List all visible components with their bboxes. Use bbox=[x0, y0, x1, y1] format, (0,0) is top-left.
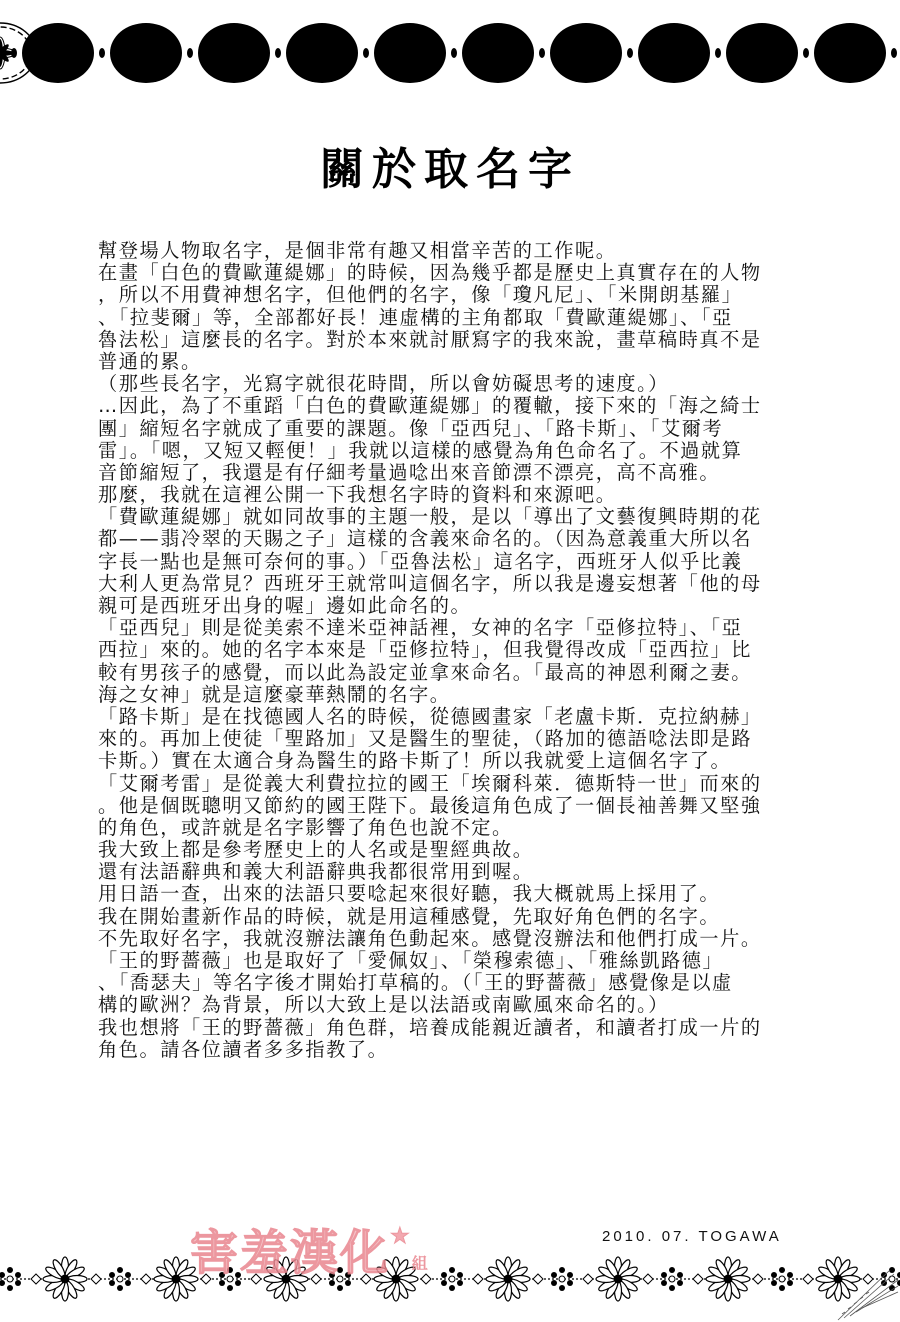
watermark-text: 害羞漢化 bbox=[190, 1225, 390, 1281]
text-line: 「費歐蓮緹娜」就如同故事的主題一般，是以「導出了文藝復興時期的花 bbox=[98, 506, 818, 528]
text-line: 幫登場人物取名字，是個非常有趣又相當辛苦的工作呢。 bbox=[98, 240, 818, 262]
text-line: 雷」。「嗯，又短又輕便！」我就以這樣的感覺為角色命名了。不過就算 bbox=[98, 440, 818, 462]
text-line: 團」縮短名字就成了重要的課題。像「亞西兒」、「路卡斯」、「艾爾考 bbox=[98, 418, 818, 440]
corner-scribble-icon bbox=[830, 1262, 900, 1322]
text-line: 較有男孩子的感覺，而以此為設定並拿來命名。「最高的神恩利爾之妻。 bbox=[98, 662, 818, 684]
text-line: 來的。再加上使徒「聖路加」又是醫生的聖徒，（路加的德語唸法即是路 bbox=[98, 728, 818, 750]
text-line: 、「喬瑟夫」等名字後才開始打草稿的。（「王的野薔薇」感覺像是以虛 bbox=[98, 972, 818, 994]
text-line: 都——翡冷翠的天賜之子」這樣的含義來命名的。（因為意義重大所以名 bbox=[98, 528, 818, 550]
text-line: 那麼，我就在這裡公開一下我想名字時的資料和來源吧。 bbox=[98, 484, 818, 506]
text-line: 用日語一查，出來的法語只要唸起來很好聽，我大概就馬上採用了。 bbox=[98, 883, 818, 905]
text-line: 音節縮短了，我還是有仔細考量過唸出來音節漂不漂亮，高不高雅。 bbox=[98, 462, 818, 484]
bottom-daisy-border-icon bbox=[0, 1254, 900, 1304]
text-line: 我在開始畫新作品的時候，就是用這種感覺，先取好角色們的名字。 bbox=[98, 906, 818, 928]
text-line: 還有法語辭典和義大利語辭典我都很常用到喔。 bbox=[98, 861, 818, 883]
scanlation-watermark: 害羞漢化★組 bbox=[190, 1214, 430, 1283]
text-line: 普通的累。 bbox=[98, 351, 818, 373]
text-line: 「艾爾考雷」是從義大利費拉拉的國王「埃爾科萊．德斯特一世」而來的 bbox=[98, 773, 818, 795]
text-line: 。他是個既聰明又節約的國王陛下。最後這角色成了一個長袖善舞又堅強 bbox=[98, 795, 818, 817]
text-line: 「王的野薔薇」也是取好了「愛佩奴」、「榮穆索德」、「雅絲凱路德」 bbox=[98, 950, 818, 972]
text-line: 字長一點也是無可奈何的事。）「亞魯法松」這名字，西班牙人似乎比義 bbox=[98, 551, 818, 573]
text-line: 構的歐洲？為背景，所以大致上是以法語或南歐風來命名的。） bbox=[98, 994, 818, 1016]
watermark-suffix: 組 bbox=[412, 1254, 430, 1273]
text-line: （那些長名字，光寫字就很花時間，所以會妨礙思考的速度。） bbox=[98, 373, 818, 395]
text-line: …因此，為了不重蹈「白色的費歐蓮緹娜」的覆轍，接下來的「海之綺士 bbox=[98, 395, 818, 417]
text-line: 西拉」來的。她的名字本來是「亞修拉特」，但我覺得改成「亞西拉」比 bbox=[98, 639, 818, 661]
text-line: 魯法松」這麼長的名字。對於本來就討厭寫字的我來說，畫草稿時真不是 bbox=[98, 329, 818, 351]
text-line: 的角色，或許就是名字影響了角色也說不定。 bbox=[98, 817, 818, 839]
top-flower-border-icon bbox=[0, 18, 900, 88]
page-title: 關於取名字 bbox=[0, 133, 900, 197]
text-line: 角色。請各位讀者多多指教了。 bbox=[98, 1039, 818, 1061]
text-line: 不先取好名字，我就沒辦法讓角色動起來。感覺沒辦法和他們打成一片。 bbox=[98, 928, 818, 950]
text-line: 卡斯。）實在太適合身為醫生的路卡斯了！所以我就愛上這個名字了。 bbox=[98, 750, 818, 772]
article-body: 幫登場人物取名字，是個非常有趣又相當辛苦的工作呢。 在畫「白色的費歐蓮緹娜」的時… bbox=[98, 240, 818, 1061]
text-line: ，所以不用費神想名字，但他們的名字，像「瓊凡尼」、「米開朗基羅」 bbox=[98, 284, 818, 306]
text-line: 、「拉斐爾」等，全部都好長！連虛構的主角都取「費歐蓮緹娜」、「亞 bbox=[98, 307, 818, 329]
text-line: 我也想將「王的野薔薇」角色群，培養成能親近讀者，和讀者打成一片的 bbox=[98, 1017, 818, 1039]
text-line: 海之女神」就是這麼豪華熱鬧的名字。 bbox=[98, 684, 818, 706]
star-icon: ★ bbox=[390, 1224, 412, 1249]
signature-date: 2010. 07. TOGAWA bbox=[602, 1228, 782, 1245]
text-line: 「路卡斯」是在找德國人名的時候，從德國畫家「老盧卡斯．克拉納赫」 bbox=[98, 706, 818, 728]
text-line: 親可是西班牙出身的喔」邊如此命名的。 bbox=[98, 595, 818, 617]
text-line: 「亞西兒」則是從美索不達米亞神話裡，女神的名字「亞修拉特」、「亞 bbox=[98, 617, 818, 639]
text-line: 大利人更為常見？西班牙王就常叫這個名字，所以我是邊妄想著「他的母 bbox=[98, 573, 818, 595]
text-line: 我大致上都是參考歷史上的人名或是聖經典故。 bbox=[98, 839, 818, 861]
text-line: 在畫「白色的費歐蓮緹娜」的時候，因為幾乎都是歷史上真實存在的人物 bbox=[98, 262, 818, 284]
